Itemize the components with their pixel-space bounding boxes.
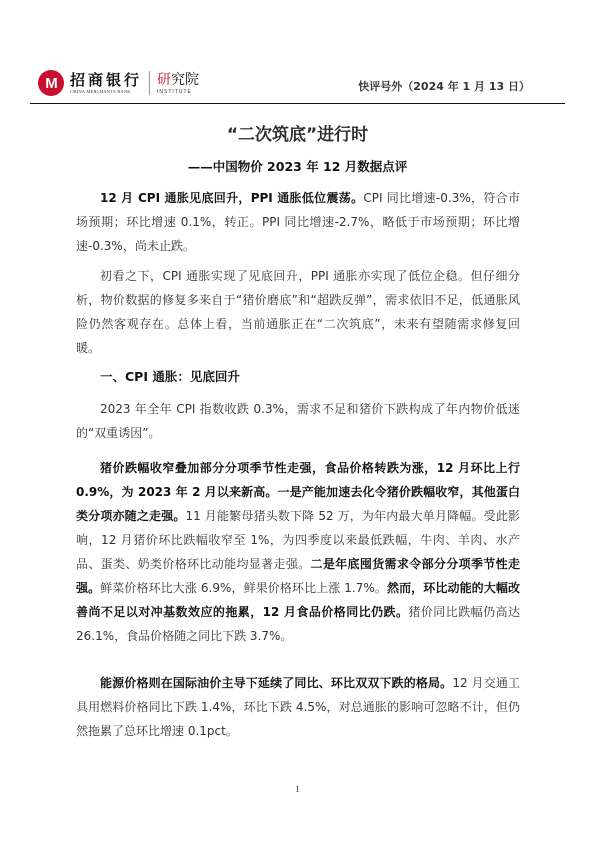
institute-name: 研究院 INSTITUTE — [157, 71, 199, 95]
document-title: “二次筑底”进行时 — [0, 120, 595, 145]
page-number: 1 — [0, 784, 595, 794]
institute-name-en: INSTITUTE — [157, 89, 199, 95]
brand-logo: M 招商银行 CHINA MERCHANTS BANK 研究院 INSTITUT… — [38, 70, 199, 96]
bank-name-en: CHINA MERCHANTS BANK — [70, 89, 142, 95]
bank-name: 招商银行 CHINA MERCHANTS BANK — [70, 71, 142, 95]
report-tag: 快评号外（2024 年 1 月 13 日） — [358, 78, 530, 94]
bank-name-cn: 招商银行 — [70, 71, 142, 89]
summary-paragraph: 12 月 CPI 通胀见底回升，PPI 通胀低位震荡。CPI 同比增速-0.3%… — [76, 186, 520, 258]
header-divider — [30, 103, 565, 104]
china-merchants-bank-logo-icon: M — [38, 70, 64, 96]
page-header: M 招商银行 CHINA MERCHANTS BANK 研究院 INSTITUT… — [30, 66, 565, 104]
analysis-paragraph: 初看之下，CPI 通胀实现了见底回升，PPI 通胀亦实现了低位企稳。但仔细分析，… — [76, 264, 520, 360]
document-subtitle: ——中国物价 2023 年 12 月数据点评 — [0, 157, 595, 175]
institute-name-cn: 研究院 — [157, 71, 199, 89]
cpi-annual-paragraph: 2023 年全年 CPI 指数收跌 0.3%，需求不足和猪价下跌构成了年内物价低… — [76, 397, 520, 445]
food-price-paragraph: 猪价跌幅收窄叠加部分分项季节性走强，食品价格转跌为涨，12 月环比上行 0.9%… — [76, 456, 520, 648]
section-heading: 一、CPI 通胀：见底回升 — [100, 367, 240, 385]
energy-price-paragraph: 能源价格则在国际油价主导下延续了同比、环比双双下跌的格局。12 月交通工具用燃料… — [76, 671, 520, 743]
logo-divider — [149, 71, 150, 95]
